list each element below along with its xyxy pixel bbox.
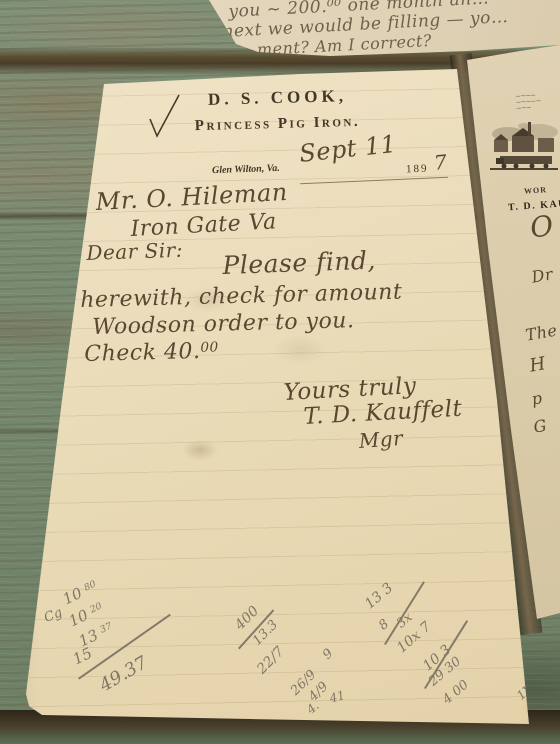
- right-paper-handwritten-initial: O: [528, 209, 556, 245]
- body-line: Woodson order to you.: [92, 308, 355, 340]
- right-paper-fragment: The: [524, 320, 559, 344]
- pencil-right-item: 13 3: [362, 580, 396, 612]
- handwritten-date: Sept 11: [298, 130, 398, 168]
- printed-year: 189: [406, 163, 429, 176]
- pencil-middle-item: 9: [320, 646, 336, 662]
- body-check-amount: Check 40.00: [84, 338, 219, 367]
- salutation: Dear Sir:: [86, 238, 183, 265]
- pencil-middle-item: 41: [328, 688, 346, 705]
- date-rule-line: [300, 177, 448, 184]
- right-paper-partial-word: WOR: [524, 185, 548, 196]
- signature-title: Mgr: [358, 426, 404, 453]
- printed-place-line: Glen Wilton, Va.: [212, 163, 280, 176]
- handwritten-year-digit: 7: [433, 150, 448, 175]
- body-line: herewith, check for amount: [80, 280, 403, 313]
- letterhead-engraving-illustration: [488, 118, 560, 186]
- right-paper-fragment: G: [532, 416, 548, 437]
- right-paper-fine-print: ⁓⁓⁓⁓ ⁓⁓⁓⁓⁓ ⁓⁓⁓: [515, 93, 541, 113]
- recipient-address: Iron Gate Va: [130, 209, 277, 242]
- pencil-left-row: 15: [70, 644, 95, 668]
- pencil-middle-item: 22/7: [254, 644, 288, 678]
- pencil-left-prefix: Cg: [42, 605, 65, 626]
- cents-superscript: 00: [200, 339, 219, 355]
- letterhead-company-name: D. S. COOK,: [160, 85, 395, 111]
- pencil-right-item: 8: [376, 617, 392, 634]
- right-paper-fragment: Dr: [530, 264, 554, 286]
- pencil-right-item: 4 00: [440, 677, 472, 707]
- right-paper-fragment: p: [530, 388, 544, 409]
- right-paper-fragment: H: [528, 353, 548, 376]
- body-line: Please find,: [222, 246, 376, 280]
